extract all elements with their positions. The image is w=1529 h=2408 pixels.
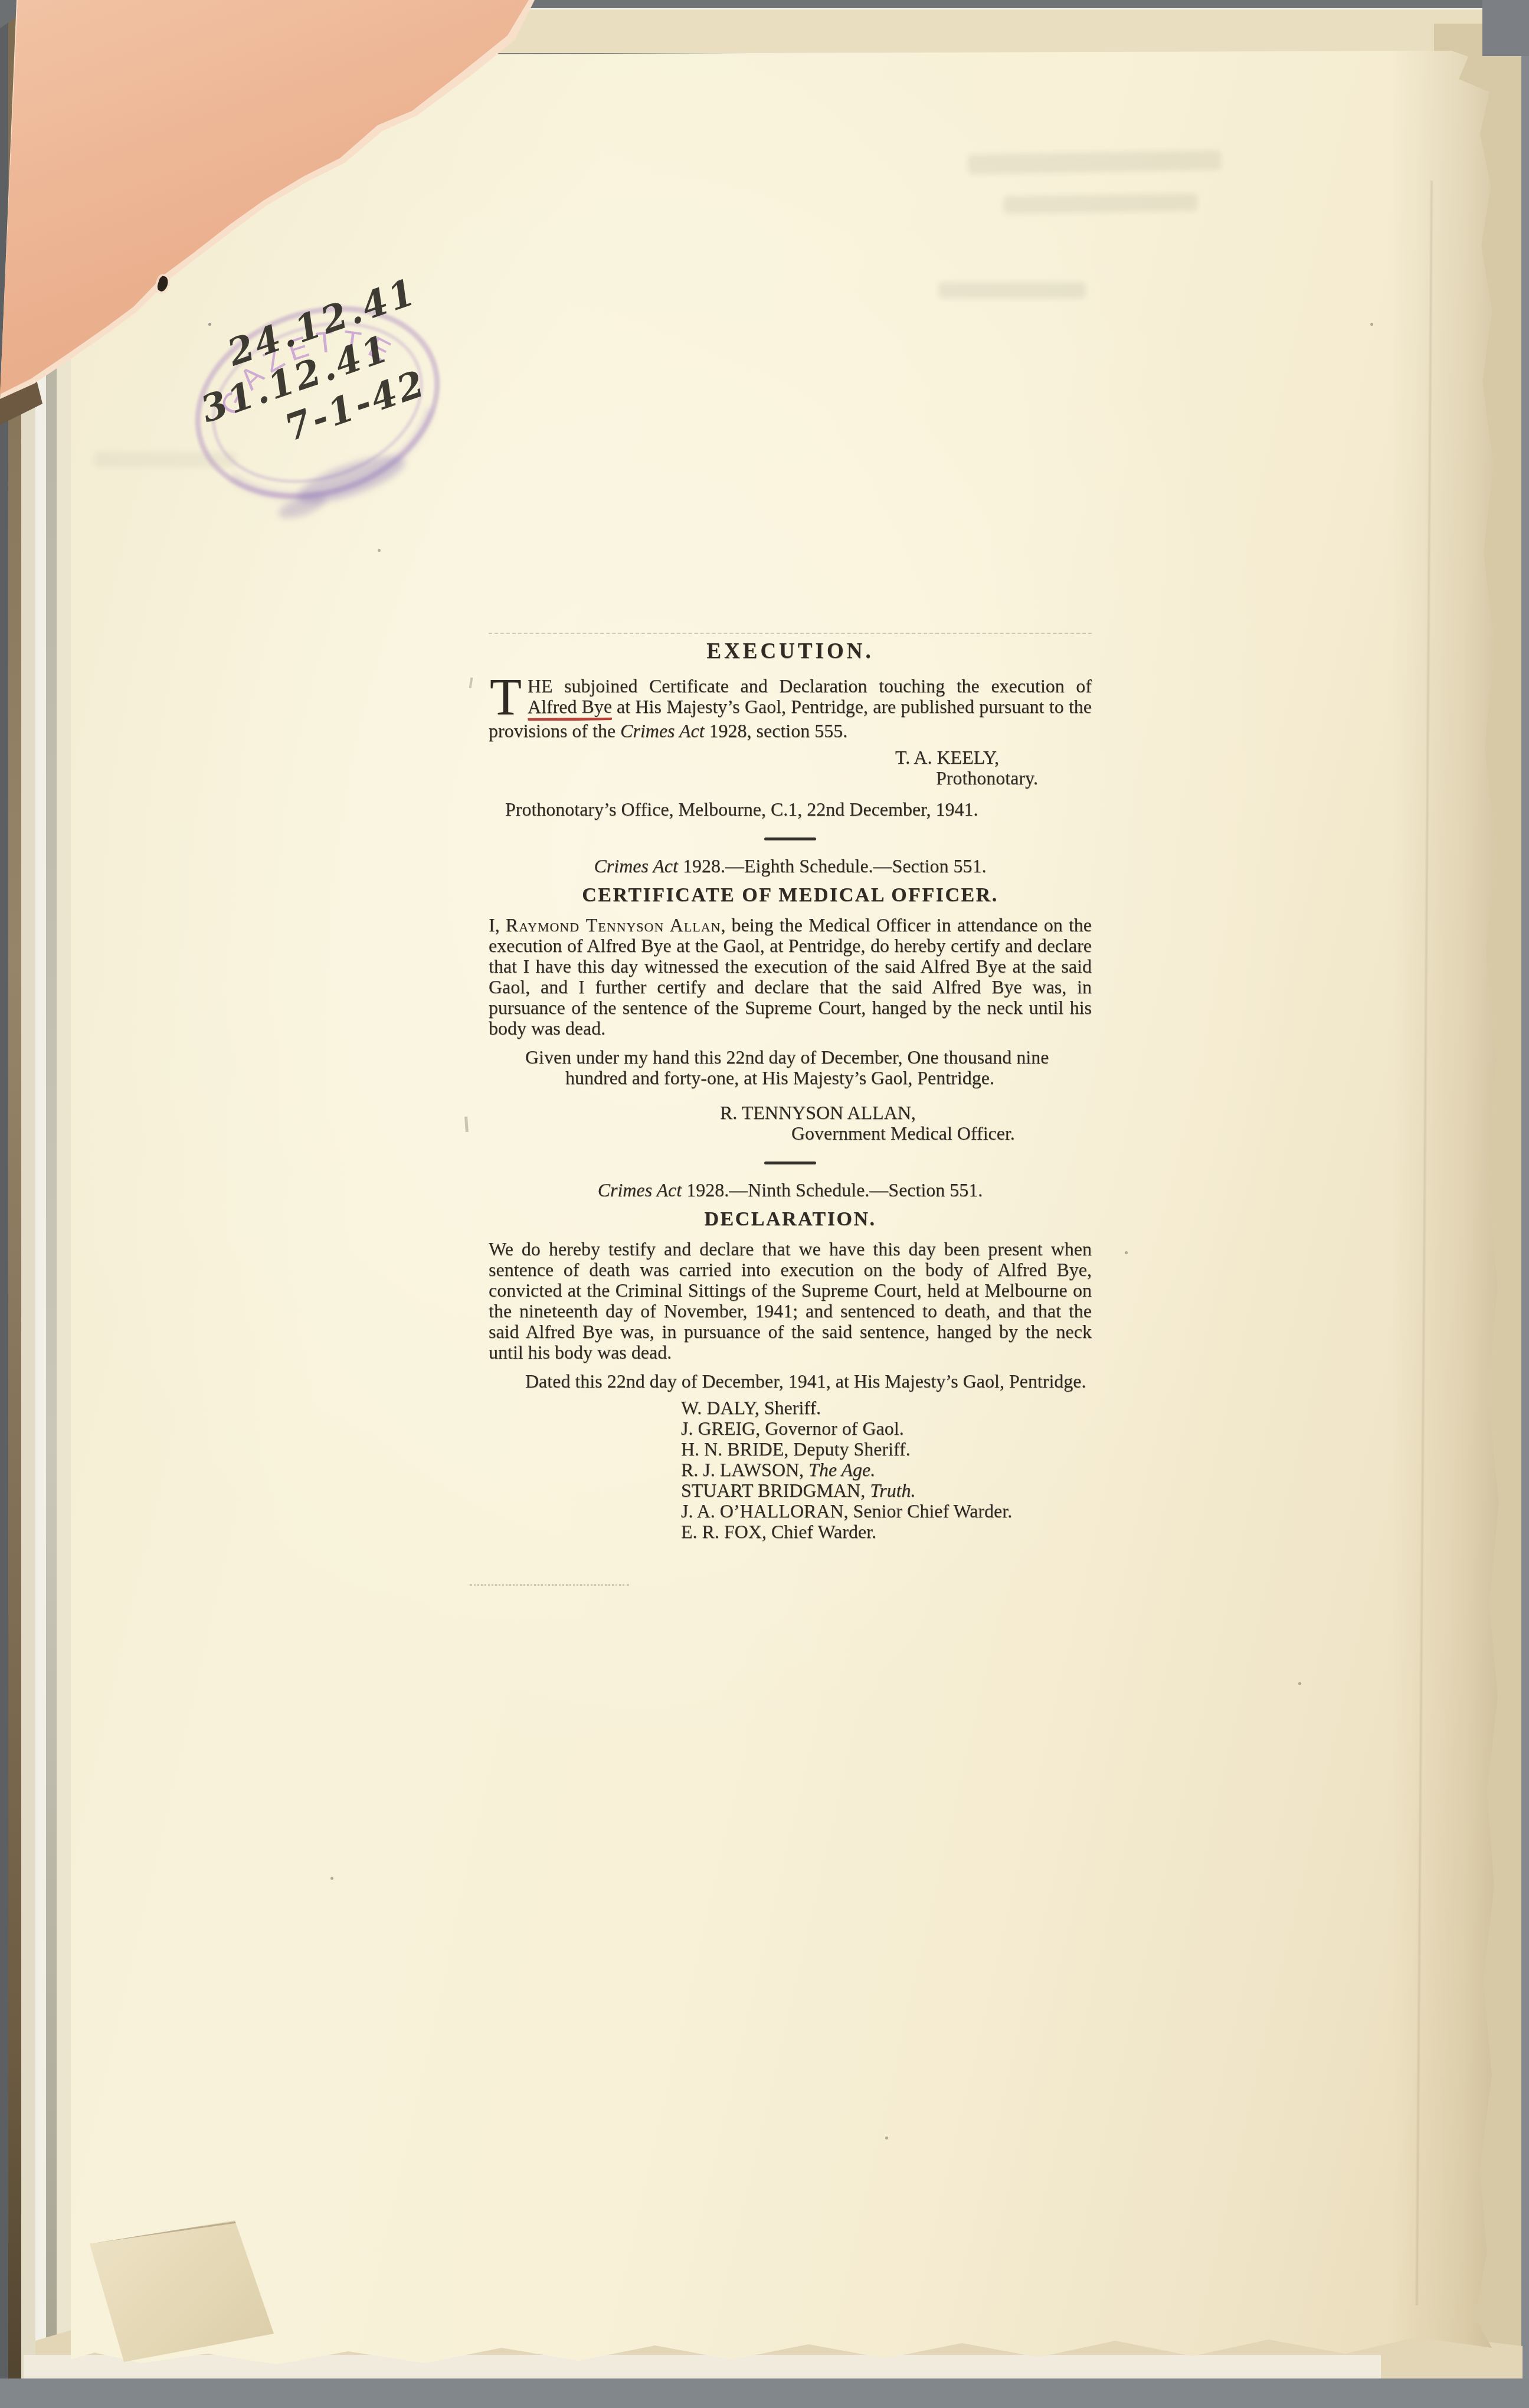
signatory-name: R. J. LAWSON, (681, 1459, 804, 1480)
given-under-hand-paragraph: Given under my hand this 22nd day of Dec… (489, 1047, 1092, 1088)
signatory-row: E. R. FOX, Chief Warder. (681, 1522, 1092, 1542)
declaration-body: We do hereby testify and declare that we… (489, 1239, 1092, 1363)
margin-mark (469, 678, 473, 688)
signatory-title: Deputy Sheriff. (793, 1438, 910, 1460)
notice-heading: EXECUTION. (489, 641, 1092, 662)
signatory-row: J. GREIG, Governor of Gaol. (681, 1418, 1092, 1439)
speckle (330, 1877, 333, 1880)
signatory-title: Governor of Gaol. (765, 1418, 903, 1439)
signatory-name: W. DALY, (681, 1397, 759, 1418)
signatory-name: STUART BRIDGMAN, (681, 1480, 865, 1501)
margin-mark (464, 1117, 469, 1132)
intro-text: 1928, section 555. (705, 720, 848, 741)
signatory-title: Chief Warder. (771, 1521, 876, 1542)
dated-paragraph: Dated this 22nd day of December, 1941, a… (489, 1371, 1092, 1392)
speckle (1370, 323, 1373, 326)
signatory-row: H. N. BRIDE, Deputy Sheriff. (681, 1439, 1092, 1460)
speckle (885, 2137, 888, 2139)
signatory-row: W. DALY, Sheriff. (681, 1398, 1092, 1418)
signatory-name: J. A. O’HALLORAN, (681, 1500, 849, 1522)
medical-officer-signature-title: Government Medical Officer. (489, 1123, 1092, 1144)
signatory-row: R. J. LAWSON, The Age. (681, 1460, 1092, 1480)
scanner-background-bottom (0, 2378, 1529, 2408)
signatory-list: W. DALY, Sheriff. J. GREIG, Governor of … (489, 1398, 1092, 1542)
signatory-row: STUART BRIDGMAN, Truth. (681, 1480, 1092, 1501)
printed-notice-column: EXECUTION. THE subjoined Certificate and… (489, 633, 1092, 1542)
signatory-title: Truth. (870, 1480, 915, 1501)
drop-cap: T (489, 676, 528, 717)
scanner-background-corner (1482, 0, 1529, 56)
ink-bleedthrough (938, 282, 1086, 299)
signatory-name: J. GREIG, (681, 1418, 760, 1439)
certificate-schedule-line: Crimes Act 1928.—Eighth Schedule.—Sectio… (489, 856, 1092, 876)
speckle (378, 549, 381, 552)
speckle (1298, 1682, 1301, 1685)
red-underlined-name: Alfred Bye (528, 696, 612, 721)
faded-section-rule (489, 633, 1092, 634)
signatory-title: Sheriff. (764, 1397, 821, 1418)
intro-text: HE subjoined Certificate and Declaration… (528, 675, 1092, 696)
medical-officer-signature: R. TENNYSON ALLAN, (489, 1102, 1092, 1123)
scanner-background-right (1521, 0, 1529, 2408)
scanned-gazette-document: GAZETTE 24.12.41 31.12.41 7-1-42 EXECUTI… (0, 0, 1529, 2408)
declaration-heading: DECLARATION. (489, 1209, 1092, 1229)
signatory-name: E. R. FOX, (681, 1521, 767, 1542)
medical-officer-name: Raymond Tennyson Allan (506, 914, 721, 935)
act-name-italic: Crimes Act (598, 1179, 682, 1200)
act-name-italic: Crimes Act (594, 855, 678, 876)
office-dateline: Prothonotary’s Office, Melbourne, C.1, 2… (489, 799, 1092, 820)
schedule-text: 1928.—Ninth Schedule.—Section 551. (682, 1179, 983, 1200)
certificate-text: I, (489, 914, 506, 935)
certificate-heading: CERTIFICATE OF MEDICAL OFFICER. (489, 885, 1092, 905)
prothonotary-title: Prothonotary. (489, 768, 1092, 789)
signatory-title: Senior Chief Warder. (853, 1500, 1013, 1522)
schedule-text: 1928.—Eighth Schedule.—Section 551. (678, 855, 987, 876)
section-divider (764, 837, 816, 840)
signatory-title: The Age. (808, 1459, 875, 1480)
ink-bleedthrough (968, 150, 1222, 174)
section-divider (764, 1162, 816, 1164)
margin-mark (470, 1584, 629, 1586)
act-name-italic: Crimes Act (620, 720, 705, 741)
declaration-schedule-line: Crimes Act 1928.—Ninth Schedule.—Section… (489, 1180, 1092, 1200)
ink-bleedthrough (1003, 193, 1198, 214)
prothonotary-signature: T. A. KEELY, (489, 747, 1092, 768)
signatory-name: H. N. BRIDE, (681, 1438, 788, 1460)
certificate-body: I, Raymond Tennyson Allan, being the Med… (489, 915, 1092, 1039)
speckle (1125, 1251, 1128, 1254)
intro-paragraph: THE subjoined Certificate and Declaratio… (489, 676, 1092, 741)
signatory-row: J. A. O’HALLORAN, Senior Chief Warder. (681, 1501, 1092, 1522)
